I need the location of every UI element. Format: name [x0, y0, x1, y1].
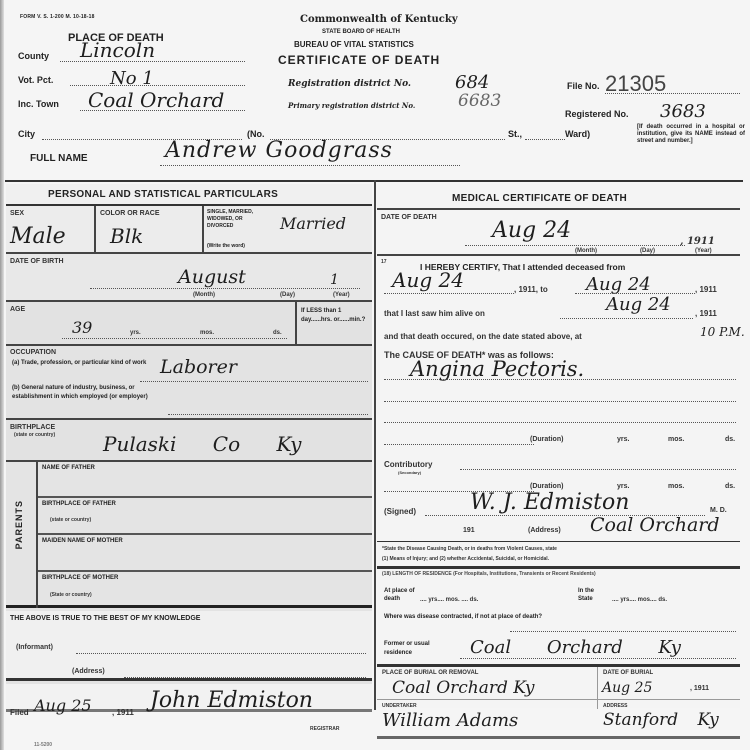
age-divider [295, 302, 297, 346]
cause-line-1 [384, 378, 736, 380]
attended-from-line [384, 292, 514, 294]
registered-no-label: Registered No. [565, 110, 629, 119]
undertaker-value: William Adams [382, 710, 518, 731]
dod-label: DATE OF DEATH [381, 214, 437, 221]
dob-day-label: (Day) [280, 292, 295, 298]
burial-date-label: DATE OF BURIAL [603, 670, 653, 676]
duration-label: (Duration) [530, 436, 563, 443]
registrar-signature: John Edmiston [150, 688, 313, 713]
undertaker-divider [377, 699, 740, 700]
color-divider [202, 206, 204, 254]
contributory-sub: (Secondary) [398, 470, 421, 475]
physician-signature: W. J. Edmiston [470, 490, 629, 515]
less-than-label: If LESS than 1 day......hrs. or......min… [301, 307, 369, 325]
vot-pct-label: Vot. Pct. [18, 76, 53, 85]
saw-alive-label: that I last saw him alive on [384, 309, 485, 318]
residence-divider [377, 566, 740, 569]
age-yrs-label: yrs. [130, 330, 141, 336]
form-number: FORM V. S. 1-200 M. 10-18-18 [20, 14, 95, 20]
duration-line [384, 443, 534, 445]
certify-number: 17 [381, 259, 387, 265]
duration-ds: ds. [725, 436, 735, 443]
occupation-a-label: (a) Trade, profession, or particular kin… [12, 359, 147, 368]
file-no-line [605, 92, 740, 94]
physician-address-value: Coal Orchard [590, 514, 720, 536]
undertaker-address-value: Stanford Ky [603, 710, 719, 730]
dod-line [465, 244, 685, 246]
in-state-label: In the State [578, 587, 608, 603]
undertaker-address-label: ADDRESS [603, 703, 627, 709]
medical-section-title: MEDICAL CERTIFICATE OF DEATH [452, 193, 627, 204]
city-label: City [18, 130, 35, 139]
personal-section-title: PERSONAL AND STATISTICAL PARTICULARS [48, 189, 278, 200]
ward-label: Ward) [565, 130, 590, 139]
registrar-label: REGISTRAR [310, 726, 339, 732]
registration-district-value: 684 [455, 72, 489, 93]
dod-day-label: (Day) [640, 248, 655, 254]
mother-birthplace-label: BIRTHPLACE OF MOTHER [42, 574, 122, 582]
informant-title: THE ABOVE IS TRUE TO THE BEST OF MY KNOW… [10, 615, 200, 622]
contributory-duration-ds: ds. [725, 483, 735, 490]
sex-value: Male [10, 224, 66, 249]
full-name-value: Andrew Goodgrass [165, 138, 393, 163]
mother-name-label: MAIDEN NAME OF MOTHER [42, 537, 132, 545]
age-line [62, 337, 287, 339]
occupation-b-line [168, 413, 368, 415]
burial-vertical-divider [597, 667, 598, 709]
footnote-line-2: (1) Means of Injury; and (2) whether Acc… [382, 556, 549, 562]
contracted-line [510, 630, 736, 632]
physician-address-label: (Address) [528, 527, 561, 534]
bureau-title: BUREAU OF VITAL STATISTICS [294, 40, 414, 49]
sex-label: SEX [10, 210, 24, 217]
burial-date-value: Aug 25 [602, 680, 652, 696]
contributory-duration-label: (Duration) [530, 483, 563, 490]
informant-line [76, 652, 366, 654]
registered-no-value: 3683 [660, 101, 706, 122]
vot-pct-line [70, 84, 245, 86]
ward-line [525, 138, 565, 140]
dod-value: Aug 24 [492, 218, 571, 243]
dob-month-label: (Month) [193, 292, 215, 298]
contributory-duration-mos: mos. [668, 483, 684, 490]
birthplace-label: BIRTHPLACE [10, 424, 55, 431]
birthplace-sub: (state or country) [14, 432, 55, 438]
color-value: Blk [110, 224, 143, 248]
age-years-value: 39 [72, 318, 92, 337]
signed-year: 191 [463, 527, 475, 534]
former-residence-line [460, 657, 736, 659]
filed-date-value: Aug 25 [34, 696, 92, 715]
burial-place-value: Coal Orchard Ky [392, 678, 535, 698]
at-place-fields: .... yrs.... mos. .... ds. [420, 597, 478, 603]
frame-bottom-right [377, 736, 740, 739]
dob-label: DATE OF BIRTH [10, 258, 64, 265]
sex-divider [94, 206, 96, 254]
filed-label: Filed [10, 708, 29, 717]
registration-district-label: Registration district No. [288, 79, 411, 89]
former-residence-label: Former or usual residence [384, 640, 444, 658]
age-label: AGE [10, 306, 25, 313]
primary-registration-value: 6683 [458, 91, 501, 111]
hospital-note: [If death occurred in a hospital or inst… [637, 124, 745, 145]
informant-address-label: (Address) [72, 668, 105, 675]
duration-mos: mos. [668, 436, 684, 443]
contributory-duration-yrs: yrs. [617, 483, 629, 490]
marital-value: Married [280, 214, 346, 233]
marital-note: (Write the word) [207, 243, 245, 249]
dob-month-value: August [178, 266, 246, 288]
marital-label: SINGLE, MARRIED, WIDOWED, OR DIVORCED [207, 209, 269, 230]
burial-place-label: PLACE OF BURIAL OR REMOVAL [382, 670, 478, 676]
contributory-label: Contributory [384, 460, 432, 469]
attended-to-year: , 1911 [695, 285, 717, 294]
inc-town-label: Inc. Town [18, 100, 59, 109]
parents-label: PARENTS [14, 500, 24, 549]
death-occurred-label: and that death occured, on the date stat… [384, 332, 582, 341]
primary-registration-label: Primary registration district No. [288, 101, 415, 110]
occupation-label: OCCUPATION [10, 349, 56, 356]
cause-line-3 [384, 421, 736, 423]
inc-town-value: Coal Orchard [88, 88, 224, 112]
informant-label: (Informant) [16, 644, 53, 651]
footnote-line-1: *State the Disease Causing Death, or in … [382, 546, 557, 552]
signed-label: (Signed) [384, 507, 416, 516]
dob-year-label: (Year) [333, 292, 350, 298]
occupation-a-line [140, 380, 368, 382]
attended-to-label: , 1911, to [514, 285, 548, 294]
death-time-value: 10 P.M. [700, 325, 745, 339]
at-place-label: At place of death [384, 587, 424, 603]
burial-divider [377, 664, 740, 667]
saw-alive-value: Aug 24 [606, 294, 671, 315]
father-name-label: NAME OF FATHER [42, 464, 102, 472]
street-label: St., [508, 130, 522, 139]
informant-address-line [124, 676, 366, 678]
duration-yrs: yrs. [617, 436, 629, 443]
county-value: Lincoln [80, 38, 155, 62]
contributory-line [460, 468, 736, 470]
occupation-b-label: (b) General nature of industry, business… [12, 384, 172, 402]
contracted-label: Where was disease contracted, if not at … [384, 613, 554, 622]
saw-alive-year: , 1911 [695, 309, 717, 318]
occupation-a-value: Laborer [160, 356, 237, 378]
former-residence-value: Coal Orchard Ky [470, 637, 681, 658]
footnote-divider [377, 541, 740, 542]
undertaker-label: UNDERTAKER [382, 703, 417, 709]
attended-from-value: Aug 24 [392, 268, 464, 292]
dod-month-label: (Month) [575, 248, 597, 254]
full-name-label: FULL NAME [30, 154, 88, 163]
county-label: County [18, 52, 49, 61]
state-board-title: STATE BOARD OF HEALTH [322, 29, 400, 35]
father-birthplace-sub: (state or country) [50, 517, 91, 523]
residence-title: (18) LENGTH OF RESIDENCE (For Hospitals,… [382, 571, 737, 578]
color-label: COLOR OR RACE [100, 210, 160, 217]
md-label: M. D. [710, 507, 727, 514]
full-name-line [160, 164, 460, 166]
father-birthplace-label: BIRTHPLACE OF FATHER [42, 500, 122, 508]
center-divider [374, 180, 376, 710]
scan-edge [0, 0, 4, 750]
death-certificate: FORM V. S. 1-200 M. 10-18-18 PLACE OF DE… [0, 0, 750, 750]
certificate-title: CERTIFICATE OF DEATH [278, 53, 440, 67]
burial-year: , 1911 [690, 685, 709, 692]
dod-year-label: (Year) [695, 248, 712, 254]
cause-line-2 [384, 400, 736, 402]
birthplace-value: Pulaski Co Ky [103, 432, 301, 456]
saw-alive-line [560, 317, 693, 319]
age-ds-label: ds. [273, 330, 282, 336]
age-mos-label: mos. [200, 330, 214, 336]
vot-pct-value: No 1 [110, 68, 154, 89]
in-state-fields: .... yrs.... mos.... ds. [612, 597, 667, 603]
commonwealth-title: Commonwealth of Kentucky [300, 14, 458, 25]
file-no-label: File No. [567, 82, 600, 91]
mother-birthplace-sub: (State or country) [50, 592, 92, 598]
dod-year: , 1911 [680, 236, 715, 247]
footer-code: 11-5200 [34, 742, 52, 748]
filed-year: , 1911 [112, 708, 134, 717]
dob-year-value: 1 [330, 272, 339, 288]
